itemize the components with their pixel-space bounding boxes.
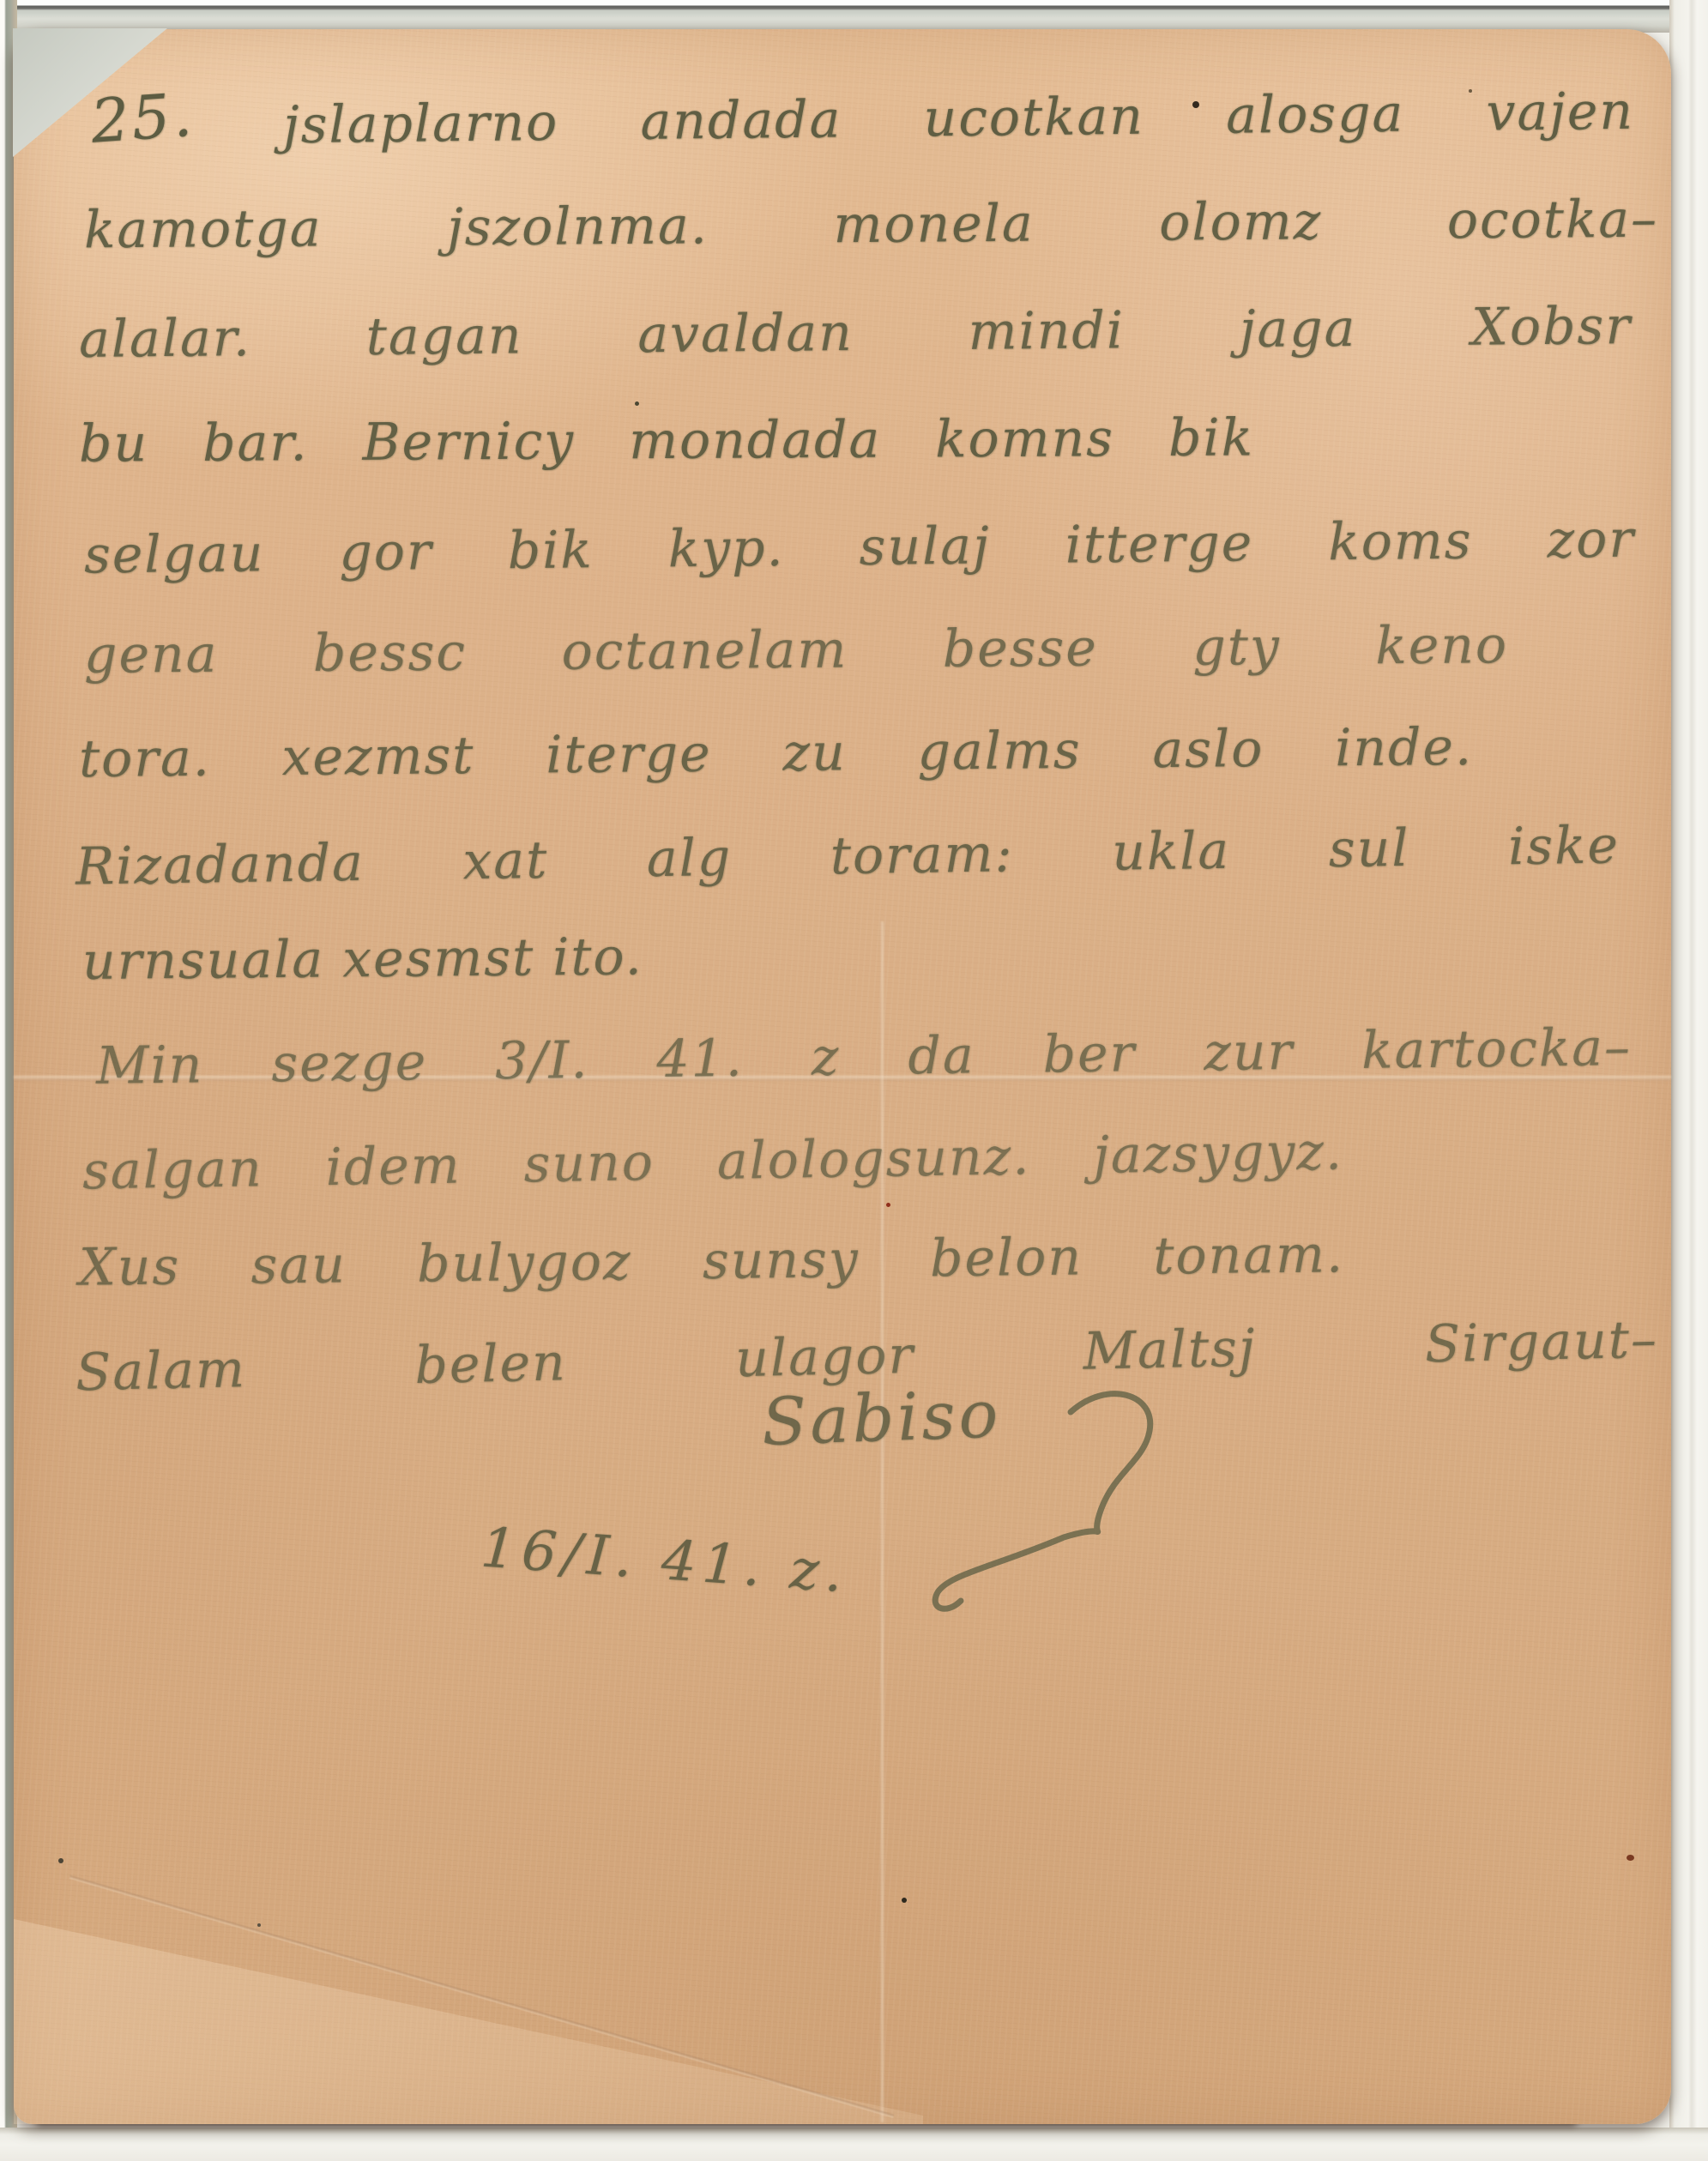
opening-number: 25.: [88, 77, 238, 156]
handwritten-line-9: urnsuala xesmst ito.: [82, 927, 684, 992]
scanned-letter-page: 25. jslaplarno andada ucotkan alosga vaj…: [0, 0, 1708, 2161]
vertical-crease: [880, 921, 884, 2122]
speck: [635, 401, 639, 406]
sleeve-edge-top: [0, 0, 1708, 33]
signature: Sabiso: [761, 1371, 1158, 1459]
handwritten-line-2: kamotga jszolnma. monela olomz ocotka–: [84, 190, 1658, 261]
speck: [58, 1858, 63, 1863]
speck: [902, 1898, 907, 1903]
handwritten-line-6: gena bessc octanelam besse gty keno: [84, 616, 1508, 685]
handwritten-line-7: tora. xezmst iterge zu galms aslo inde.: [79, 718, 1474, 789]
speck: [886, 1203, 890, 1207]
folded-corner-bottom-left: [14, 1839, 923, 2124]
sleeve-edge-bottom: [0, 2128, 1708, 2161]
sleeve-edge-right: [1669, 0, 1708, 2161]
handwritten-line-4: bu bar. Bernicy mondada komns bik: [79, 408, 1254, 474]
speck: [1627, 1855, 1634, 1861]
speck: [257, 1923, 261, 1927]
